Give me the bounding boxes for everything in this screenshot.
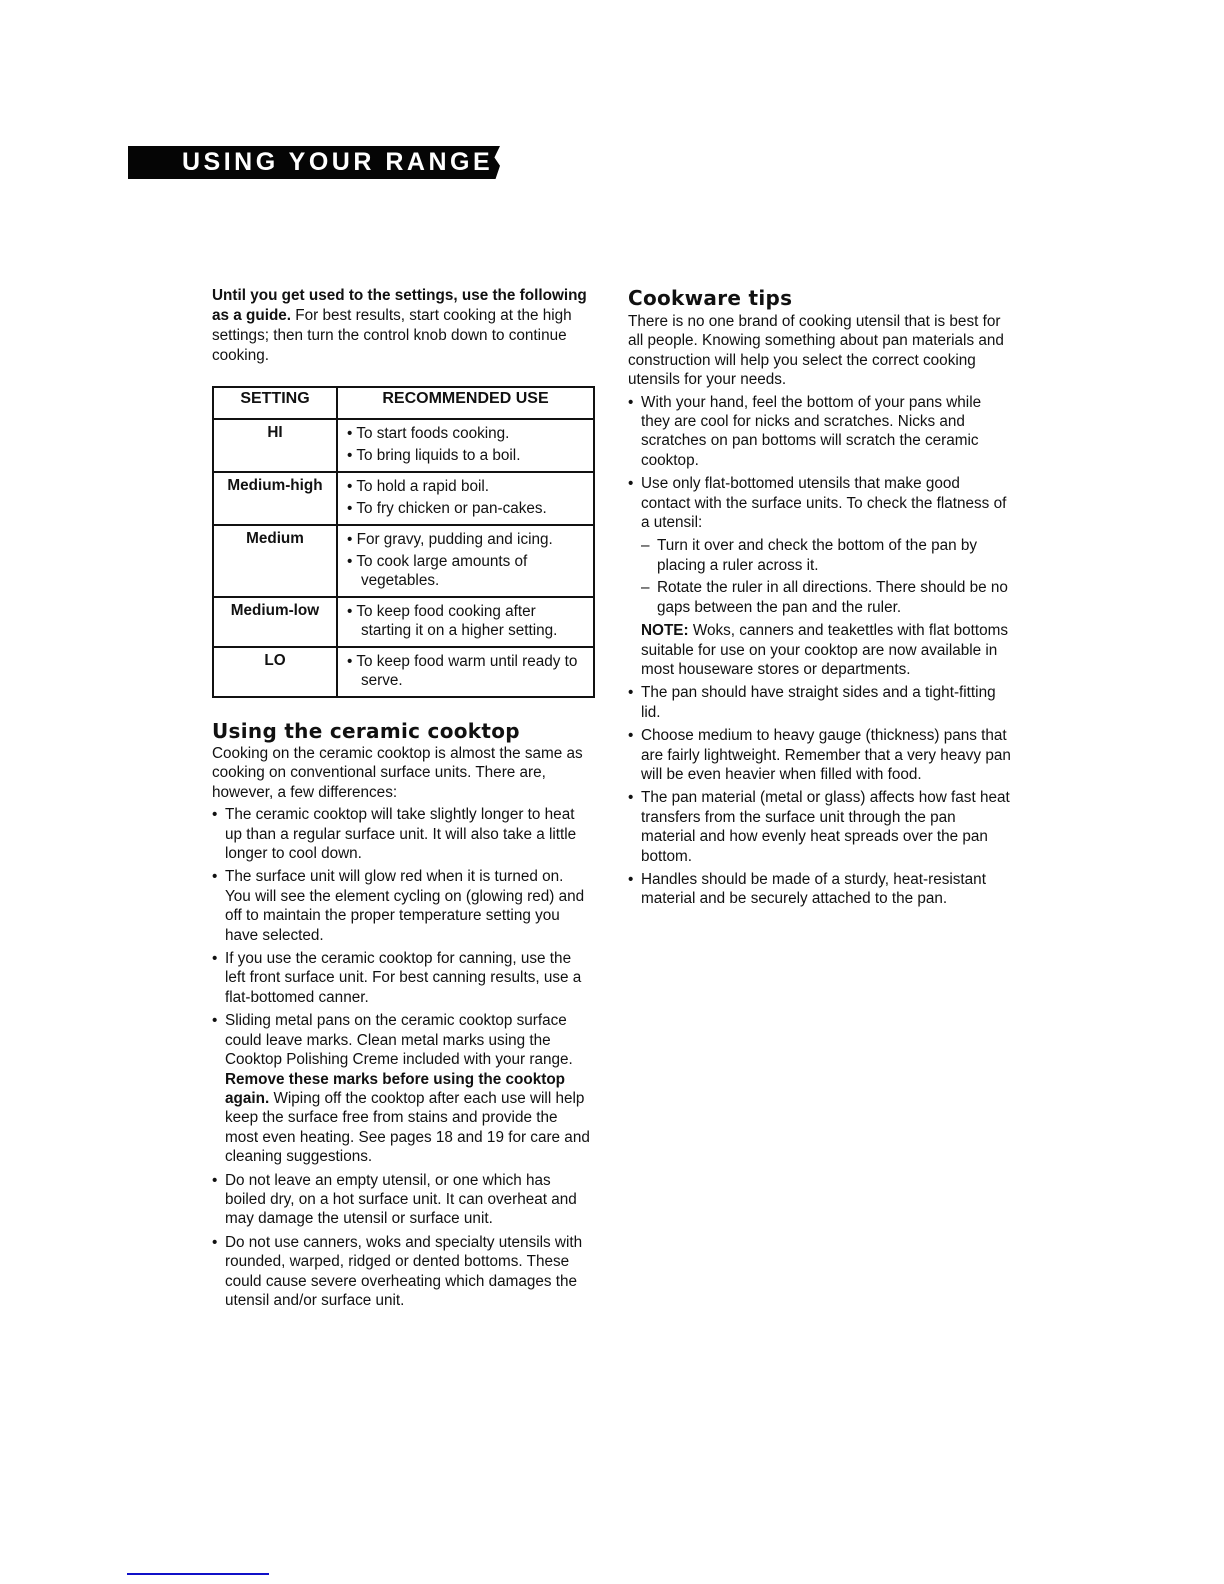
section-banner: USING YOUR RANGE (128, 146, 500, 179)
use-item: • To keep food cooking after starting it… (347, 602, 589, 640)
list-item: Do not use canners, woks and specialty u… (212, 1233, 592, 1311)
list-item: The ceramic cooktop will take slightly l… (212, 805, 592, 863)
use-cell: • For gravy, pudding and icing. • To coo… (337, 525, 594, 597)
setting-cell: HI (213, 419, 337, 472)
use-item: • To hold a rapid boil. (347, 477, 589, 496)
use-item: • To keep food warm until ready to serve… (347, 652, 589, 690)
use-item: • To start foods cooking. (347, 424, 589, 443)
cookware-bullet-list: With your hand, feel the bottom of your … (628, 393, 1013, 909)
use-cell: • To keep food warm until ready to serve… (337, 647, 594, 697)
ceramic-bullet-list: The ceramic cooktop will take slightly l… (212, 805, 592, 1310)
cookware-section-title: Cookware tips (628, 284, 1013, 312)
cookware-intro: There is no one brand of cooking utensil… (628, 312, 1013, 390)
list-item: Sliding metal pans on the ceramic cookto… (212, 1011, 592, 1166)
flatness-steps: Turn it over and check the bottom of the… (641, 536, 1013, 617)
use-item: • To bring liquids to a boil. (347, 446, 589, 465)
table-header-row: SETTING RECOMMENDED USE (213, 387, 594, 419)
list-item: The surface unit will glow red when it i… (212, 867, 592, 945)
ceramic-section-title: Using the ceramic cooktop (212, 718, 592, 744)
step-item: Rotate the ruler in all directions. Ther… (641, 578, 1013, 617)
use-cell: • To start foods cooking. • To bring liq… (337, 419, 594, 472)
setting-cell: Medium (213, 525, 337, 597)
use-item: • To cook large amounts of vegetables. (347, 552, 589, 590)
settings-table: SETTING RECOMMENDED USE HI • To start fo… (212, 386, 595, 698)
list-item: With your hand, feel the bottom of your … (628, 393, 1013, 471)
list-item: If you use the ceramic cooktop for canni… (212, 949, 592, 1007)
column-header-setting: SETTING (213, 387, 337, 419)
column-header-recommended-use: RECOMMENDED USE (337, 387, 594, 419)
table-row: Medium • For gravy, pudding and icing. •… (213, 525, 594, 597)
list-item: The pan should have straight sides and a… (628, 683, 1013, 722)
setting-cell: Medium-low (213, 597, 337, 647)
table-row: LO • To keep food warm until ready to se… (213, 647, 594, 697)
right-column: Cookware tips There is no one brand of c… (628, 284, 1013, 913)
table-row: Medium-high • To hold a rapid boil. • To… (213, 472, 594, 525)
ceramic-intro: Cooking on the ceramic cooktop is almost… (212, 744, 592, 802)
banner-title: USING YOUR RANGE (182, 148, 493, 176)
left-column: Until you get used to the settings, use … (212, 286, 592, 1314)
table-row: Medium-low • To keep food cooking after … (213, 597, 594, 647)
list-item: The pan material (metal or glass) affect… (628, 788, 1013, 866)
use-cell: • To keep food cooking after starting it… (337, 597, 594, 647)
use-item: • To fry chicken or pan-cakes. (347, 499, 589, 518)
use-item: • For gravy, pudding and icing. (347, 530, 589, 549)
intro-paragraph: Until you get used to the settings, use … (212, 286, 592, 366)
table-row: HI • To start foods cooking. • To bring … (213, 419, 594, 472)
note-label: NOTE: (641, 622, 689, 639)
list-item: Handles should be made of a sturdy, heat… (628, 870, 1013, 909)
list-item: Do not leave an empty utensil, or one wh… (212, 1171, 592, 1229)
cookware-note: NOTE: Woks, canners and teakettles with … (641, 621, 1013, 679)
use-cell: • To hold a rapid boil. • To fry chicken… (337, 472, 594, 525)
list-item: Choose medium to heavy gauge (thickness)… (628, 726, 1013, 784)
setting-cell: LO (213, 647, 337, 697)
footer-rule (127, 1573, 269, 1575)
step-item: Turn it over and check the bottom of the… (641, 536, 1013, 575)
list-item: Use only flat-bottomed utensils that mak… (628, 474, 1013, 679)
setting-cell: Medium-high (213, 472, 337, 525)
